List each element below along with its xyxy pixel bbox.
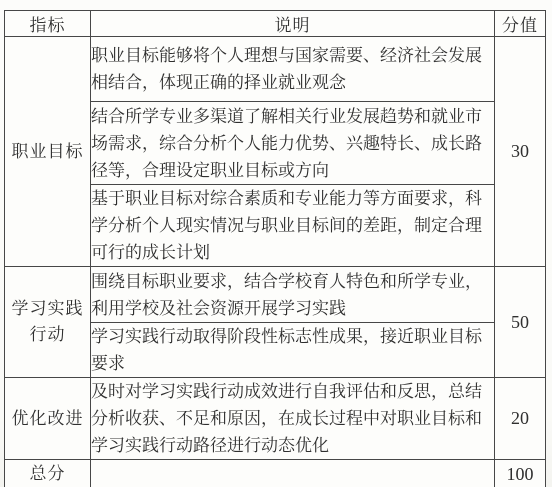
description-cell-career-goal-1: 职业目标能够将个人理想与国家需要、经济社会发展相结合，体现正确的择业就业观念 — [91, 37, 495, 102]
column-header-score: 分值 — [495, 11, 546, 37]
total-label-cell: 总分 — [5, 460, 91, 487]
score-cell-optimization: 20 — [495, 378, 546, 460]
description-cell-career-goal-2: 结合所学专业多渠道了解相关行业发展趋势和就业市场需求，综合分析个人能力优势、兴趣… — [91, 102, 495, 185]
column-header-description: 说明 — [91, 11, 495, 37]
score-cell-career-goal: 30 — [495, 37, 546, 267]
indicator-cell-career-goal: 职业目标 — [5, 37, 91, 267]
scoring-rubric-table: 指标 说明 分值 职业目标 职业目标能够将个人理想与国家需要、经济社会发展相结合… — [4, 10, 546, 487]
description-cell-career-goal-3: 基于职业目标对综合素质和专业能力等方面要求，科学分析个人现实情况与职业目标间的差… — [91, 185, 495, 267]
indicator-cell-optimization: 优化改进 — [5, 378, 91, 460]
scanned-document-page: 指标 说明 分值 职业目标 职业目标能够将个人理想与国家需要、经济社会发展相结合… — [0, 0, 552, 487]
description-cell-learning-practice-2: 学习实践行动取得阶段性标志性成果，接近职业目标要求 — [91, 323, 495, 378]
table-total-row: 总分 100 — [5, 460, 546, 487]
total-description-cell — [91, 460, 495, 487]
table-row: 学习实践 行动 围绕目标职业要求，结合学校育人特色和所学专业，利用学校及社会资源… — [5, 267, 546, 323]
total-score-cell: 100 — [495, 460, 546, 487]
table-row: 职业目标 职业目标能够将个人理想与国家需要、经济社会发展相结合，体现正确的择业就… — [5, 37, 546, 102]
table-row: 优化改进 及时对学习实践行动成效进行自我评估和反思，总结分析收获、不足和原因，在… — [5, 378, 546, 460]
description-cell-learning-practice-1: 围绕目标职业要求，结合学校育人特色和所学专业，利用学校及社会资源开展学习实践 — [91, 267, 495, 323]
column-header-indicator: 指标 — [5, 11, 91, 37]
score-cell-learning-practice: 50 — [495, 267, 546, 378]
indicator-cell-learning-practice: 学习实践 行动 — [5, 267, 91, 378]
description-cell-optimization-1: 及时对学习实践行动成效进行自我评估和反思，总结分析收获、不足和原因，在成长过程中… — [91, 378, 495, 460]
table-header-row: 指标 说明 分值 — [5, 11, 546, 37]
